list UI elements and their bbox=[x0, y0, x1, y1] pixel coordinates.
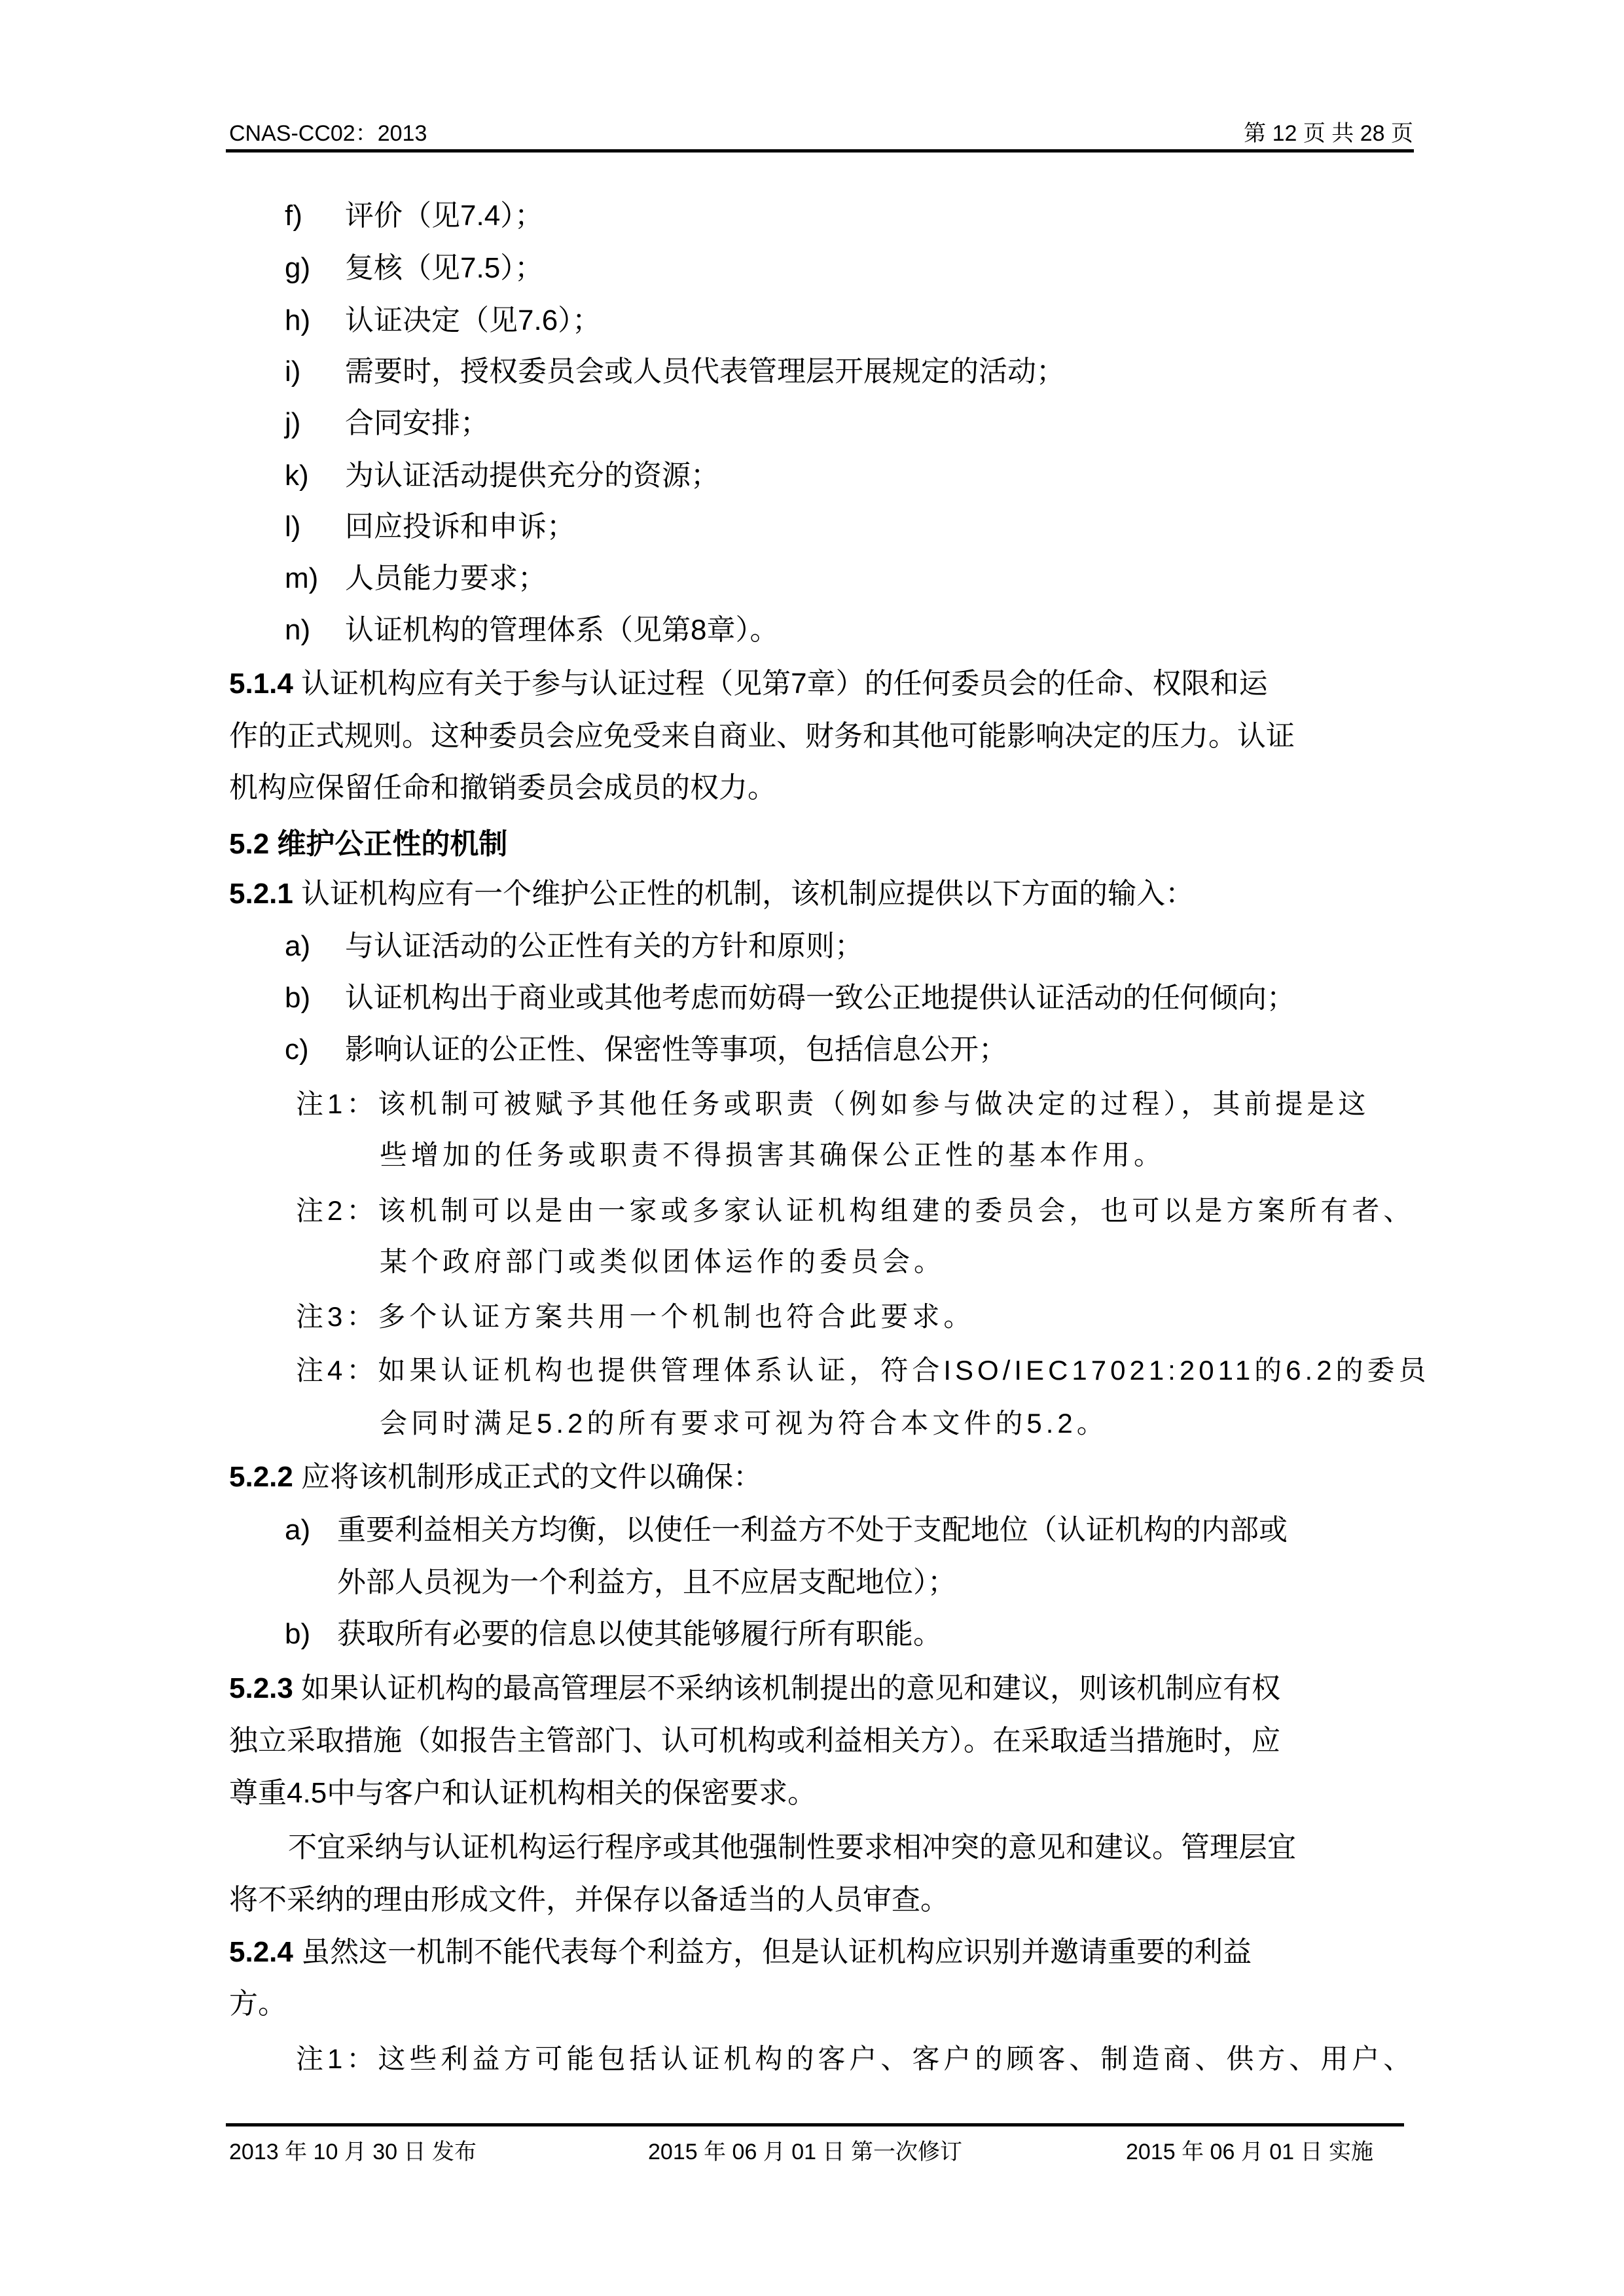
list-text: 获取所有必要的信息以使其能够履行所有职能。 bbox=[337, 1618, 942, 1650]
note-label: 注1： bbox=[296, 2043, 378, 2074]
list-label: b) bbox=[285, 980, 345, 1016]
clause-line: 机构应保留任命和撤销委员会成员的权力。 bbox=[229, 770, 776, 806]
list-label: h) bbox=[285, 302, 345, 339]
clause-number: 5.2.4 bbox=[229, 1936, 293, 1968]
clause-text: 认证机构应有一个维护公正性的机制，该机制应提供以下方面的输入： bbox=[301, 878, 1194, 910]
list-label: a) bbox=[285, 928, 345, 965]
note-1-continued: 些增加的任务或职责不得损害其确保公正性的基本作用。 bbox=[380, 1137, 1165, 1174]
list-item: a)与认证活动的公正性有关的方针和原则； bbox=[285, 928, 863, 965]
clause-number: 5.1.4 bbox=[229, 668, 293, 700]
list-text: 认证机构的管理体系（见第8章）。 bbox=[345, 614, 778, 646]
list-label: f) bbox=[285, 198, 345, 234]
list-text: 回应投诉和申诉； bbox=[345, 511, 575, 543]
list-item: j)合同安排； bbox=[285, 405, 489, 442]
list-label: j) bbox=[285, 405, 345, 442]
note-1: 注1：这些利益方可能包括认证机构的客户、客户的顾客、制造商、供方、用户、 bbox=[296, 2041, 1415, 2077]
clause-line: 5.2.4 虽然这一机制不能代表每个利益方，但是认证机构应识别并邀请重要的利益 bbox=[229, 1934, 1252, 1971]
note-1: 注1：该机制可被赋予其他任务或职责（例如参与做决定的过程），其前提是这 bbox=[296, 1086, 1369, 1122]
list-text: 认证决定（见7.6）； bbox=[345, 304, 601, 336]
page-info: 第 12 页 共 28 页 bbox=[1244, 120, 1413, 147]
list-label: k) bbox=[285, 457, 345, 494]
footer-revised: 2015 年 06 月 01 日 第一次修订 bbox=[648, 2139, 962, 2165]
list-item: b)获取所有必要的信息以使其能够履行所有职能。 bbox=[285, 1616, 942, 1653]
note-label: 注1： bbox=[296, 1088, 378, 1119]
clause-text: 虽然这一机制不能代表每个利益方，但是认证机构应识别并邀请重要的利益 bbox=[301, 1936, 1252, 1968]
clause-number: 5.2.3 bbox=[229, 1672, 293, 1704]
clause-line: 作的正式规则。这种委员会应免受来自商业、财务和其他可能影响决定的压力。认证 bbox=[229, 718, 1295, 755]
note-text: 该机制可被赋予其他任务或职责（例如参与做决定的过程），其前提是这 bbox=[378, 1088, 1369, 1119]
list-label: c) bbox=[285, 1031, 345, 1068]
header-rule bbox=[226, 149, 1414, 152]
list-label: l) bbox=[285, 509, 345, 545]
note-3: 注3：多个认证方案共用一个机制也符合此要求。 bbox=[296, 1299, 975, 1335]
footer-rule bbox=[226, 2123, 1404, 2126]
section-title: 维护公正性的机制 bbox=[277, 828, 507, 860]
list-text: 人员能力要求； bbox=[345, 562, 547, 594]
paragraph-line: 不宜采纳与认证机构运行程序或其他强制性要求相冲突的意见和建议。管理层宜 bbox=[288, 1829, 1296, 1866]
list-text: 与认证活动的公正性有关的方针和原则； bbox=[345, 930, 863, 962]
clause-line: 独立采取措施（如报告主管部门、认可机构或利益相关方）。在采取适当措施时，应 bbox=[229, 1723, 1280, 1759]
note-text: 多个认证方案共用一个机制也符合此要求。 bbox=[378, 1301, 975, 1332]
clause-text: 认证机构应有关于参与认证过程（见第7章）的任何委员会的任命、权限和运 bbox=[301, 668, 1267, 700]
list-text: 需要时，授权委员会或人员代表管理层开展规定的活动； bbox=[345, 355, 1065, 387]
list-item: a)重要利益相关方均衡，以使任一利益方不处于支配地位（认证机构的内部或 bbox=[285, 1512, 1288, 1549]
clause-text: 如果认证机构的最高管理层不采纳该机制提出的意见和建议，则该机制应有权 bbox=[301, 1672, 1280, 1704]
list-label: g) bbox=[285, 250, 345, 287]
list-item: h)认证决定（见7.6）； bbox=[285, 302, 601, 339]
paragraph-line: 将不采纳的理由形成文件，并保存以备适当的人员审查。 bbox=[229, 1882, 949, 1918]
list-item: n)认证机构的管理体系（见第8章）。 bbox=[285, 612, 778, 649]
list-label: b) bbox=[285, 1616, 337, 1653]
note-label: 注4： bbox=[296, 1355, 378, 1386]
list-item: c)影响认证的公正性、保密性等事项，包括信息公开； bbox=[285, 1031, 1007, 1068]
list-label: i) bbox=[285, 353, 345, 390]
list-item: f)评价（见7.4）； bbox=[285, 198, 543, 234]
note-text: 这些利益方可能包括认证机构的客户、客户的顾客、制造商、供方、用户、 bbox=[378, 2043, 1415, 2074]
list-label: n) bbox=[285, 612, 345, 649]
clause-line: 5.2.1 认证机构应有一个维护公正性的机制，该机制应提供以下方面的输入： bbox=[229, 876, 1194, 912]
list-text: 为认证活动提供充分的资源； bbox=[345, 459, 719, 492]
clause-line: 方。 bbox=[229, 1986, 287, 2022]
note-text: 该机制可以是由一家或多家认证机构组建的委员会，也可以是方案所有者、 bbox=[378, 1195, 1415, 1226]
clause-line: 5.1.4 认证机构应有关于参与认证过程（见第7章）的任何委员会的任命、权限和运 bbox=[229, 666, 1268, 702]
list-item: m)人员能力要求； bbox=[285, 560, 547, 597]
list-item: b)认证机构出于商业或其他考虑而妨碍一致公正地提供认证活动的任何倾向； bbox=[285, 980, 1295, 1016]
clause-line: 5.2.2 应将该机制形成正式的文件以确保： bbox=[229, 1459, 762, 1496]
list-label: m) bbox=[285, 560, 345, 597]
clause-number: 5.2.2 bbox=[229, 1461, 293, 1493]
note-4-continued: 会同时满足5.2的所有要求可视为符合本文件的5.2。 bbox=[380, 1405, 1108, 1442]
section-heading: 5.2 维护公正性的机制 bbox=[229, 826, 507, 863]
list-text: 认证机构出于商业或其他考虑而妨碍一致公正地提供认证活动的任何倾向； bbox=[345, 982, 1295, 1014]
clause-text: 应将该机制形成正式的文件以确保： bbox=[301, 1461, 762, 1493]
list-item-continued: 外部人员视为一个利益方，且不应居支配地位）； bbox=[337, 1564, 956, 1601]
note-2: 注2：该机制可以是由一家或多家认证机构组建的委员会，也可以是方案所有者、 bbox=[296, 1193, 1415, 1229]
list-item: g)复核（见7.5）； bbox=[285, 250, 543, 287]
list-item: i)需要时，授权委员会或人员代表管理层开展规定的活动； bbox=[285, 353, 1065, 390]
list-text: 影响认证的公正性、保密性等事项，包括信息公开； bbox=[345, 1033, 1007, 1066]
document-id: CNAS-CC02：2013 bbox=[229, 120, 427, 147]
list-text: 重要利益相关方均衡，以使任一利益方不处于支配地位（认证机构的内部或 bbox=[337, 1514, 1288, 1546]
footer-effective: 2015 年 06 月 01 日 实施 bbox=[1126, 2139, 1373, 2165]
note-2-continued: 某个政府部门或类似团体运作的委员会。 bbox=[380, 1244, 945, 1280]
section-number: 5.2 bbox=[229, 828, 269, 860]
note-label: 注3： bbox=[296, 1301, 378, 1332]
list-item: k)为认证活动提供充分的资源； bbox=[285, 457, 719, 494]
list-label: a) bbox=[285, 1512, 337, 1549]
footer-published: 2013 年 10 月 30 日 发布 bbox=[229, 2139, 477, 2165]
clause-line: 5.2.3 如果认证机构的最高管理层不采纳该机制提出的意见和建议，则该机制应有权 bbox=[229, 1670, 1280, 1707]
list-item: l)回应投诉和申诉； bbox=[285, 509, 575, 545]
clause-line: 尊重4.5中与客户和认证机构相关的保密要求。 bbox=[229, 1775, 816, 1812]
clause-number: 5.2.1 bbox=[229, 878, 293, 910]
note-text: 如果认证机构也提供管理体系认证，符合ISO/IEC17021:2011的6.2的… bbox=[378, 1355, 1430, 1386]
list-text: 复核（见7.5）； bbox=[345, 252, 543, 284]
list-text: 评价（见7.4）； bbox=[345, 200, 543, 232]
note-4: 注4：如果认证机构也提供管理体系认证，符合ISO/IEC17021:2011的6… bbox=[296, 1352, 1430, 1389]
note-label: 注2： bbox=[296, 1195, 378, 1226]
list-text: 合同安排； bbox=[345, 407, 489, 439]
